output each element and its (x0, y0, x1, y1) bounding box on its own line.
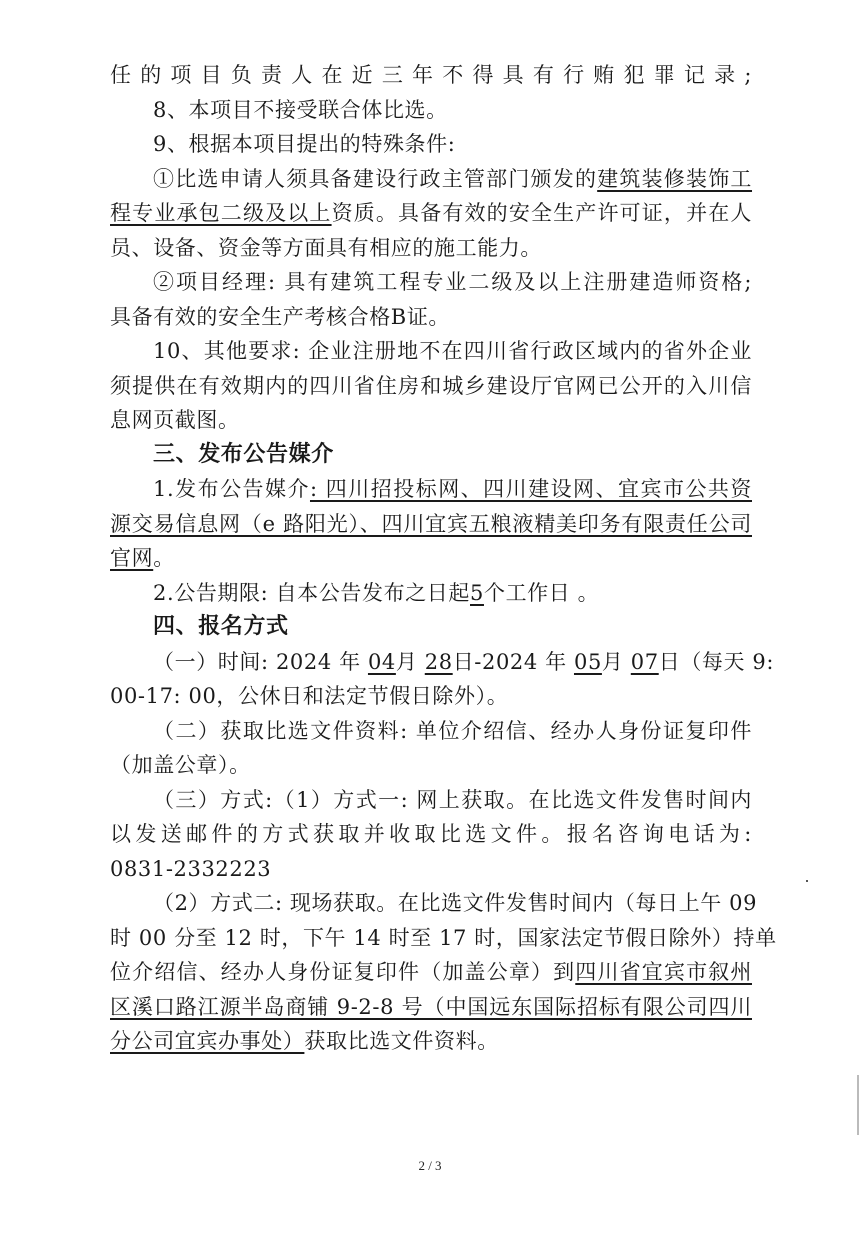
text-span: 1.发布公告媒介 (153, 477, 310, 501)
text-span: 位介绍信、经办人身份证复印件（加盖公章）到 (110, 960, 575, 984)
underlined-qualification: 程专业承包二级及以上 (110, 201, 332, 225)
clause-9-1: ①比选申请人须具备建设行政主管部门颁发的建筑装修装饰工 (110, 162, 752, 197)
end-day: 07 (631, 650, 659, 674)
underlined-address: 四川省宜宾市叙州 (575, 960, 752, 984)
registration-method-1: （三）方式:（1）方式一: 网上获取。在比选文件发售时间内 (110, 783, 752, 818)
scan-edge-mark (857, 1075, 859, 1135)
end-month: 05 (574, 650, 602, 674)
page-number: 2 / 3 (0, 1158, 860, 1174)
clause-9: 9、根据本项目提出的特殊条件: (110, 127, 752, 162)
underlined-qualification: 建筑装修装饰工 (597, 167, 752, 191)
paragraph-line: 具备有效的安全生产考核合格B证。 (110, 300, 752, 335)
media-item-2: 2.公告期限: 自本公告发布之日起5个工作日 。 (110, 576, 752, 611)
underlined-media-list: 源交易信息网（e 路阳光）、四川宜宾五粮液精美印务有限责任公司 (110, 512, 752, 536)
text-span: （一）时间: 2024 年 (153, 650, 361, 674)
paragraph-line: 须提供在有效期内的四川省住房和城乡建设厅官网已公开的入川信 (110, 369, 752, 404)
paragraph-line: （加盖公章）。 (110, 748, 752, 783)
paragraph-line: 官网。 (110, 541, 752, 576)
paragraph-line: 时 00 分至 12 时，下午 14 时至 17 时，国家法定节假日除外）持单 (110, 921, 752, 956)
clause-9-2: ②项目经理: 具有建筑工程专业二级及以上注册建造师资格; (110, 265, 752, 300)
media-item-1: 1.发布公告媒介: 四川招投标网、四川建设网、宜宾市公共资 (110, 472, 752, 507)
document-body: 任的项目负责人在近三年不得具有行贿犯罪记录; 8、本项目不接受联合体比选。 9、… (110, 58, 752, 1059)
underlined-address: 分公司宜宾办事处） (110, 1029, 304, 1053)
paragraph-line: 源交易信息网（e 路阳光）、四川宜宾五粮液精美印务有限责任公司 (110, 507, 752, 542)
registration-materials: （二）获取比选文件资料: 单位介绍信、经办人身份证复印件 (110, 714, 752, 749)
text-span: ①比选申请人须具备建设行政主管部门颁发的 (153, 167, 597, 191)
underlined-media-list: : 四川招投标网、四川建设网、宜宾市公共资 (310, 477, 752, 501)
paragraph-line: 任的项目负责人在近三年不得具有行贿犯罪记录; (110, 58, 752, 93)
paragraph-line: 息网页截图。 (110, 403, 752, 438)
section-heading-4: 四、报名方式 (110, 610, 752, 645)
paragraph-line: 程专业承包二级及以上资质。具备有效的安全生产许可证，并在人 (110, 196, 752, 231)
paragraph-line: 00-17: 00，公休日和法定节假日除外）。 (110, 679, 752, 714)
underlined-address: 区溪口路江源半岛商铺 9-2-8 号（中国远东国际招标有限公司四川 (110, 995, 752, 1019)
text-span: 月 (602, 650, 624, 674)
clause-8: 8、本项目不接受联合体比选。 (110, 93, 752, 128)
document-page: 任的项目负责人在近三年不得具有行贿犯罪记录; 8、本项目不接受联合体比选。 9、… (0, 0, 860, 1250)
text-span: 个工作日 。 (484, 581, 599, 605)
paragraph-line: 以发送邮件的方式获取并收取比选文件。报名咨询电话为: (110, 817, 752, 852)
text-span: 。 (153, 546, 175, 570)
phone-number: 0831-2332223 (110, 852, 752, 887)
paragraph-line: 区溪口路江源半岛商铺 9-2-8 号（中国远东国际招标有限公司四川 (110, 990, 752, 1025)
registration-time: （一）时间: 2024 年 04月 28日-2024 年 05月 07日（每天 … (110, 645, 752, 680)
section-heading-3: 三、发布公告媒介 (110, 438, 752, 473)
text-span: 日-2024 年 (453, 650, 567, 674)
scan-speck (806, 880, 808, 882)
paragraph-line: 位介绍信、经办人身份证复印件（加盖公章）到四川省宜宾市叙州 (110, 955, 752, 990)
registration-method-2: （2）方式二: 现场获取。在比选文件发售时间内（每日上午 09 (110, 886, 752, 921)
text-span: 资质。具备有效的安全生产许可证，并在人 (332, 201, 752, 225)
underlined-media-list: 官网 (110, 546, 153, 570)
clause-10: 10、其他要求: 企业注册地不在四川省行政区域内的省外企业 (110, 334, 752, 369)
start-day: 28 (425, 650, 453, 674)
paragraph-line: 分公司宜宾办事处）获取比选文件资料。 (110, 1024, 752, 1059)
text-span: 获取比选文件资料。 (304, 1029, 498, 1053)
text-span: 2.公告期限: 自本公告发布之日起 (153, 581, 470, 605)
paragraph-line: 员、设备、资金等方面具有相应的施工能力。 (110, 231, 752, 266)
start-month: 04 (368, 650, 396, 674)
text-span: 日（每天 9: (659, 650, 774, 674)
underlined-days: 5 (470, 581, 484, 605)
text-span: 月 (396, 650, 418, 674)
